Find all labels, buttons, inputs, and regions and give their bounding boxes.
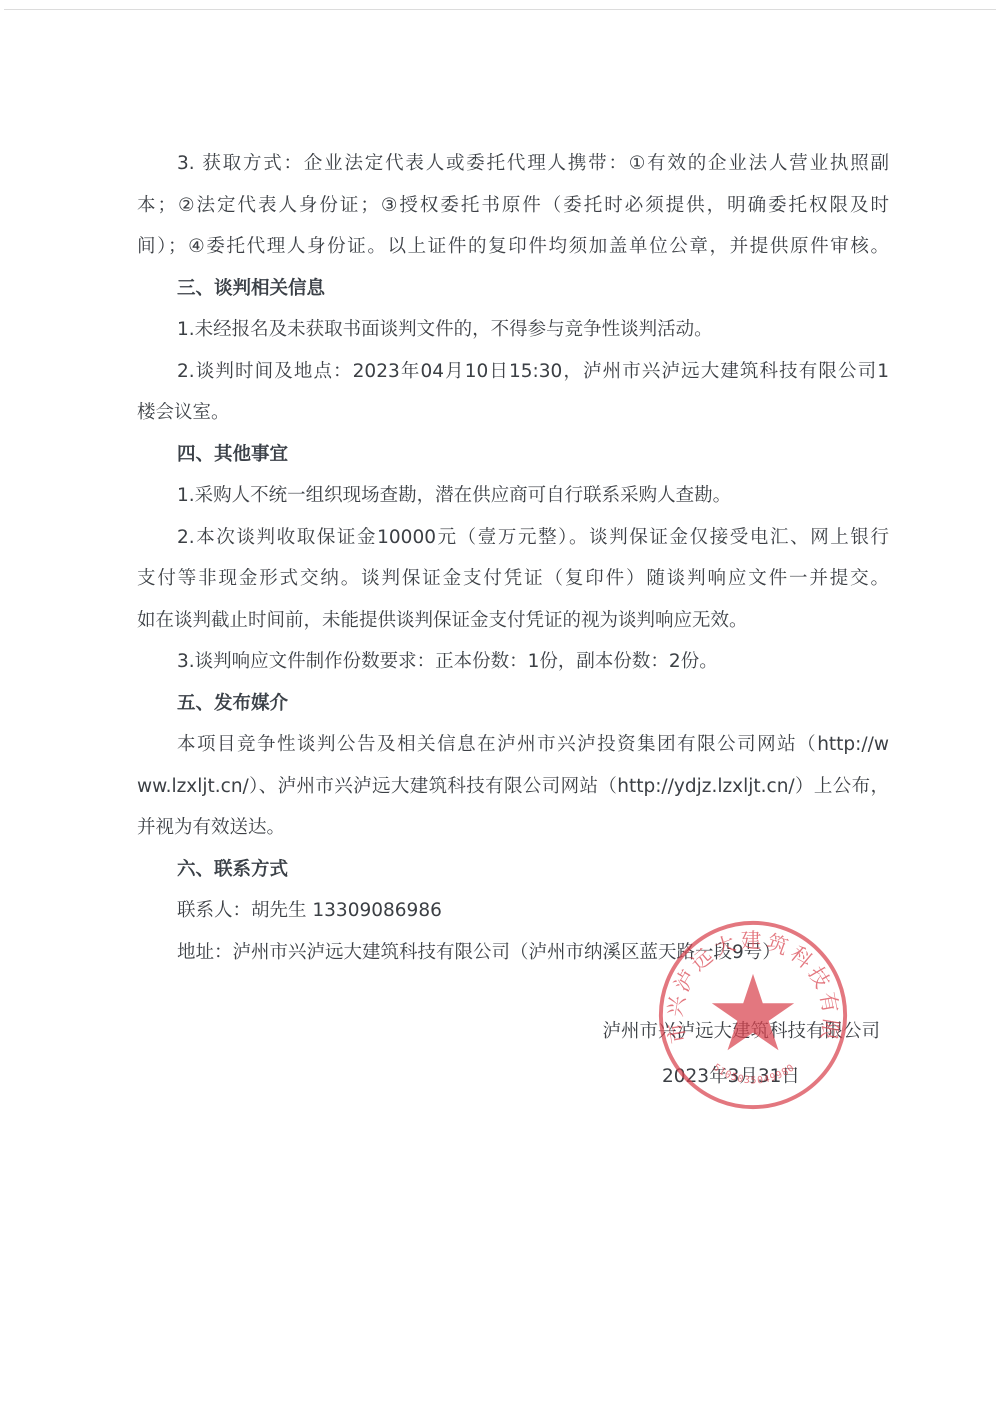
- paragraph-line: 间）；④委托代理人身份证。以上证件的复印件均须加盖单位公章，并提供原件审核。: [137, 226, 889, 268]
- paragraph-line: 1.未经报名及未获取书面谈判文件的，不得参与竞争性谈判活动。: [137, 309, 889, 351]
- section-heading-4: 四、其他事宜: [137, 434, 889, 476]
- paragraph-line: ww.lzxljt.cn/）、泸州市兴泸远大建筑科技有限公司网站（http://…: [137, 766, 889, 808]
- paragraph-line: 楼会议室。: [137, 392, 889, 434]
- section-heading-3: 三、谈判相关信息: [137, 268, 889, 310]
- paragraph-line: 本；②法定代表人身份证；③授权委托书原件（委托时必须提供，明确委托权限及时: [137, 185, 889, 227]
- signature-date: 2023年3月31日: [662, 1062, 800, 1088]
- paragraph-line: 并视为有效送达。: [137, 807, 889, 849]
- paragraph-line: 支付等非现金形式交纳。谈判保证金支付凭证（复印件）随谈判响应文件一并提交。: [137, 558, 889, 600]
- contact-person: 联系人：胡先生 13309086986: [137, 890, 889, 932]
- signature-company: 泸州市兴泸远大建筑科技有限公司: [560, 1017, 880, 1043]
- paragraph-line: 如在谈判截止时间前，未能提供谈判保证金支付凭证的视为谈判响应无效。: [137, 600, 889, 642]
- paragraph-line: 本项目竞争性谈判公告及相关信息在泸州市兴泸投资集团有限公司网站（http://w: [137, 724, 889, 766]
- paragraph-line: 1.采购人不统一组织现场查勘，潜在供应商可自行联系采购人查勘。: [137, 475, 889, 517]
- page-top-edge: [4, 9, 996, 10]
- section-heading-6: 六、联系方式: [137, 849, 889, 891]
- paragraph-line: 3.谈判响应文件制作份数要求：正本份数：1份，副本份数：2份。: [137, 641, 889, 683]
- document-page: 3. 获取方式：企业法定代表人或委托代理人携带：①有效的企业法人营业执照副 本；…: [137, 143, 889, 973]
- section-heading-5: 五、发布媒介: [137, 683, 889, 725]
- paragraph-line: 2.谈判时间及地点：2023年04月10日15:30，泸州市兴泸远大建筑科技有限…: [137, 351, 889, 393]
- paragraph-line: 2.本次谈判收取保证金10000元（壹万元整）。谈判保证金仅接受电汇、网上银行: [137, 517, 889, 559]
- paragraph-line: 3. 获取方式：企业法定代表人或委托代理人携带：①有效的企业法人营业执照副: [137, 143, 889, 185]
- contact-address: 地址：泸州市兴泸远大建筑科技有限公司（泸州市纳溪区蓝天路一段9号）: [137, 932, 889, 974]
